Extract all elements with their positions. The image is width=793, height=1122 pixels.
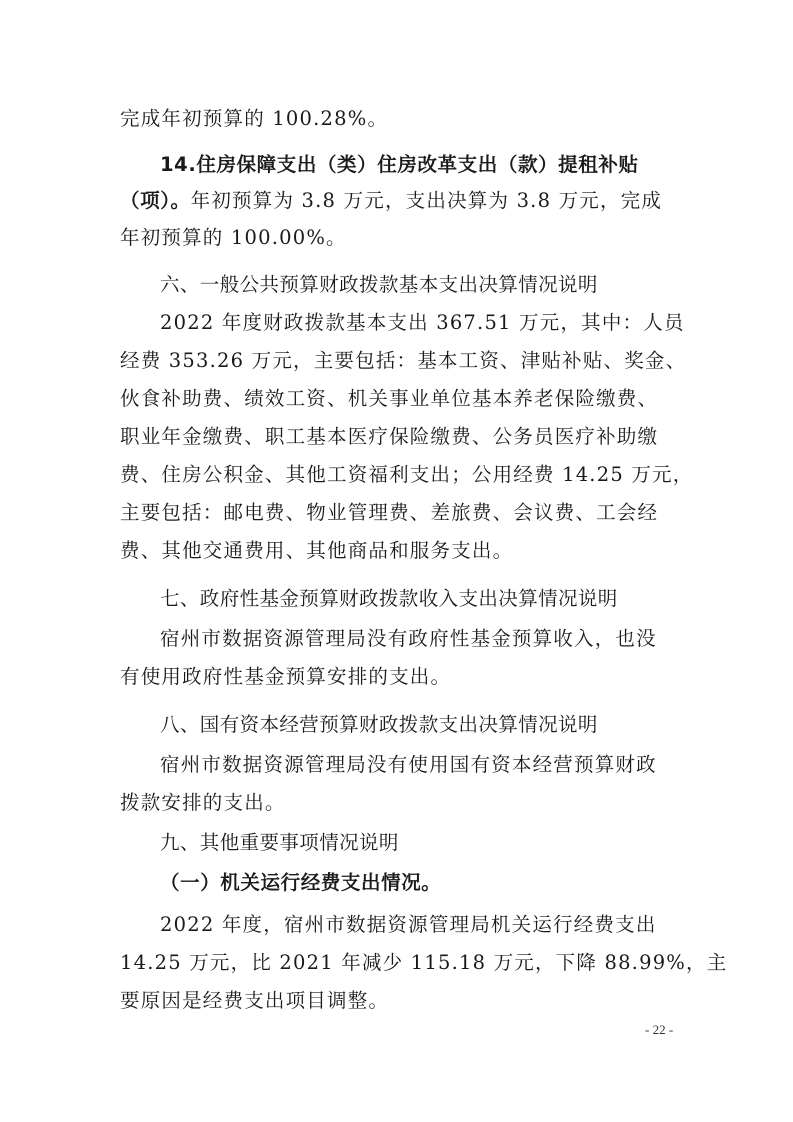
- paragraph-line: 费、住房公积金、其他工资福利支出；公用经费 14.25 万元，: [120, 462, 680, 488]
- paragraph-line: 主要包括：邮电费、物业管理费、差旅费、会议费、工会经: [120, 500, 680, 526]
- paragraph-text: 年初预算为 3.8 万元，支出决算为 3.8 万元，完成: [191, 189, 662, 212]
- subsection-heading-1: （一）机关运行经费支出情况。: [160, 870, 680, 896]
- paragraph-line: 2022 年度财政拨款基本支出 367.51 万元，其中：人员: [160, 310, 680, 336]
- document-page: 完成年初预算的 100.28%。 14.住房保障支出（类）住房改革支出（款）提租…: [0, 0, 793, 1122]
- page-number: - 22 -: [645, 1022, 673, 1038]
- paragraph-line: 拨款安排的支出。: [120, 790, 680, 816]
- paragraph-line: （项）。年初预算为 3.8 万元，支出决算为 3.8 万元，完成: [120, 188, 680, 214]
- paragraph-line: 完成年初预算的 100.28%。: [120, 106, 680, 132]
- paragraph-line: 宿州市数据资源管理局没有政府性基金预算收入，也没: [160, 626, 680, 652]
- paragraph-line: 伙食补助费、绩效工资、机关事业单位基本养老保险缴费、: [120, 386, 680, 412]
- item-heading-14-suffix: （项）。: [120, 189, 191, 212]
- paragraph-line: 年初预算的 100.00%。: [120, 225, 680, 251]
- paragraph-line: 14.25 万元，比 2021 年减少 115.18 万元，下降 88.99%，…: [120, 950, 680, 976]
- section-heading-7: 七、政府性基金预算财政拨款收入支出决算情况说明: [160, 586, 680, 612]
- section-heading-9: 九、其他重要事项情况说明: [160, 830, 680, 856]
- paragraph-line: 宿州市数据资源管理局没有使用国有资本经营预算财政: [160, 752, 680, 778]
- section-heading-8: 八、国有资本经营预算财政拨款支出决算情况说明: [160, 712, 680, 738]
- section-heading-6: 六、一般公共预算财政拨款基本支出决算情况说明: [160, 272, 680, 298]
- paragraph-line: 费、其他交通费用、其他商品和服务支出。: [120, 538, 680, 564]
- paragraph-line: 职业年金缴费、职工基本医疗保险缴费、公务员医疗补助缴: [120, 424, 680, 450]
- paragraph-line: 要原因是经费支出项目调整。: [120, 988, 680, 1014]
- paragraph-line: 经费 353.26 万元，主要包括：基本工资、津贴补贴、奖金、: [120, 348, 680, 374]
- paragraph-line: 有使用政府性基金预算安排的支出。: [120, 664, 680, 690]
- paragraph-line: 2022 年度，宿州市数据资源管理局机关运行经费支出: [160, 912, 680, 938]
- item-heading-14: 14.住房保障支出（类）住房改革支出（款）提租补贴: [160, 152, 680, 178]
